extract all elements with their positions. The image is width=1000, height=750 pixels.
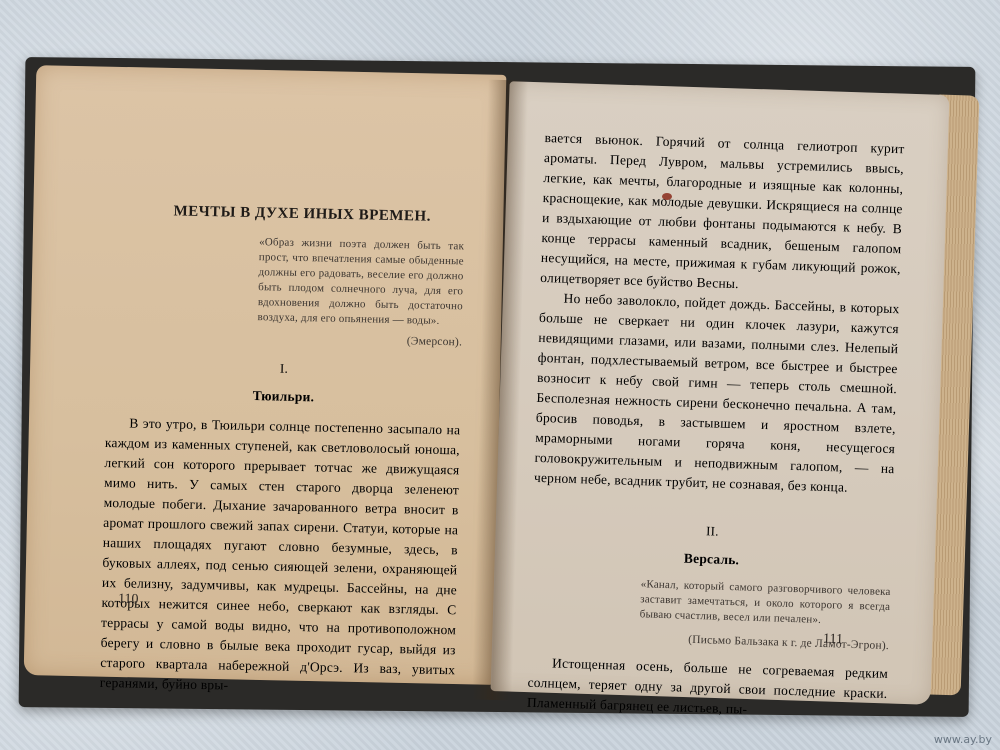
page-number-left: 110 <box>118 592 139 608</box>
epigraph: «Канал, который самого разговорчивого че… <box>639 577 891 656</box>
section-number: I. <box>106 355 461 382</box>
watermark: www.ay.by <box>934 733 992 746</box>
body-paragraph: Но небо заволокло, пойдет дождь. Бассейн… <box>534 288 900 499</box>
epigraph-text: «Канал, который самого разговорчивого че… <box>640 577 891 630</box>
right-page-content: вается вьюнок. Горячий от солнца гелиотр… <box>527 128 905 724</box>
epigraph-source: (Эмерсон). <box>257 331 462 350</box>
epigraph-source: (Письмо Бальзака к г. де Ламот-Эгрон). <box>639 628 890 656</box>
page-number-right: 111 <box>823 632 843 649</box>
body-paragraph: В это утро, в Тюильри солнце постепенно … <box>100 413 461 700</box>
epigraph: «Образ жизни поэта должен быть так прост… <box>257 235 464 350</box>
body-paragraph: вается вьюнок. Горячий от солнца гелиотр… <box>540 128 905 299</box>
body-paragraph: Истощенная осень, больше не согреваемая … <box>527 653 889 724</box>
section-title: Тюильри. <box>106 383 461 410</box>
section-title: Версаль. <box>531 544 891 575</box>
left-page-content: МЕЧТЫ В ДУХЕ ИНЫХ ВРЕМЕН. «Образ жизни п… <box>100 200 465 700</box>
section-number: II. <box>532 516 892 547</box>
epigraph-text: «Образ жизни поэта должен быть так прост… <box>257 235 464 329</box>
